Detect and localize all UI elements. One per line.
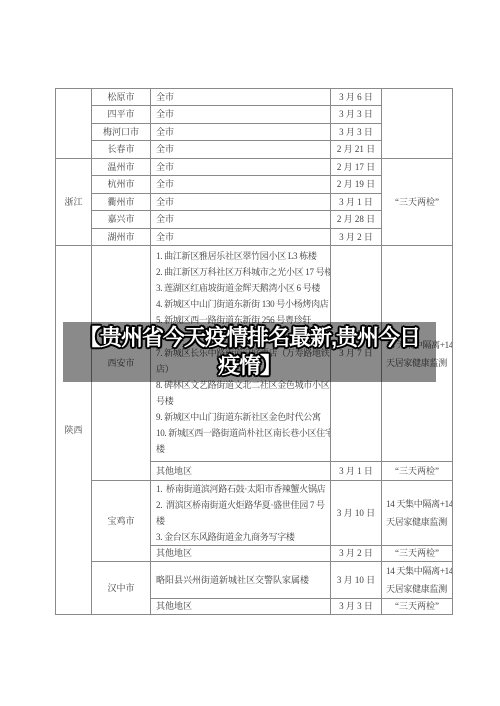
cell-province-zhejiang: 浙江 [56,159,92,246]
cell-city-hangzhou: 杭州市 [92,176,151,194]
cell-area: 全市 [151,141,331,159]
cell-xian-other-date: 3 月 1 日 [331,462,382,481]
headline-line2: 疫惰】 [218,352,281,380]
cell-baoji-other-label: 其他地区 [151,546,331,562]
cell-area: 全市 [151,124,331,141]
cell-city-baoji: 宝鸡市 [92,481,151,562]
cell-hanzhong-risk-list: 略阳县兴州街道新城社区交警队家属楼 [151,562,331,599]
cell-date: 2 月 17 日 [331,159,382,176]
cell-area: 全市 [151,176,331,194]
cell-baoji-risk-list: 1. 桥南街道滨河路石鼓·太阳市香辣蟹火锅店 2. 渭滨区桥南街道火炬路华夏·盛… [151,481,331,546]
cell-date: 3 月 6 日 [331,89,382,106]
cell-date: 2 月 19 日 [331,176,382,194]
cell-policy-blank [382,89,453,159]
cell-date: 2 月 21 日 [331,141,382,159]
cell-area: 全市 [151,106,331,124]
cell-city-jiaxing: 嘉兴市 [92,211,151,229]
cell-baoji-date: 3 月 10 日 [331,481,382,546]
cell-hanzhong-policy: 14 天集中隔离+14 天居家健康监测 [382,562,453,599]
cell-date: 3 月 2 日 [331,229,382,246]
cell-city-songyuan: 松原市 [92,89,151,106]
headline-overlay: 【贵州省今天疫情排名最新,贵州今日 疫惰】 [63,322,436,382]
cell-area: 全市 [151,159,331,176]
cell-date: 3 月 3 日 [331,106,382,124]
cell-city-quzhou: 衢州市 [92,194,151,211]
cell-province-shaanxi: 陕西 [56,246,92,615]
cell-hanzhong-other-label: 其他地区 [151,599,331,615]
headline-line1: 【贵州省今天疫情排名最新,贵州今日 [79,324,420,352]
cell-city-wenzhou: 温州市 [92,159,151,176]
cell-date: 3 月 3 日 [331,124,382,141]
cell-area: 全市 [151,211,331,229]
cell-baoji-other-date: 3 月 2 日 [331,546,382,562]
cell-hanzhong-other-policy: “三天两检” [382,599,453,615]
cell-city-changchun: 长春市 [92,141,151,159]
cell-baoji-other-policy: “三天两检” [382,546,453,562]
cell-area: 全市 [151,89,331,106]
cell-hanzhong-other-date: 3 月 3 日 [331,599,382,615]
cell-city-meihekou: 梅河口市 [92,124,151,141]
cell-city-hanzhong: 汉中市 [92,562,151,615]
cell-baoji-policy: 14 天集中隔离+14 天居家健康监测 [382,481,453,546]
cell-policy-zhejiang: “三天两检” [382,159,453,246]
cell-province-blank [56,89,92,159]
cell-date: 2 月 28 日 [331,211,382,229]
cell-city-huzhou: 湖州市 [92,229,151,246]
cell-hanzhong-date: 3 月 10 日 [331,562,382,599]
cell-city-siping: 四平市 [92,106,151,124]
cell-area: 全市 [151,194,331,211]
cell-xian-other-label: 其他地区 [151,462,331,481]
cell-date: 3 月 1 日 [331,194,382,211]
cell-xian-other-policy: “三天两检” [382,462,453,481]
cell-area: 全市 [151,229,331,246]
